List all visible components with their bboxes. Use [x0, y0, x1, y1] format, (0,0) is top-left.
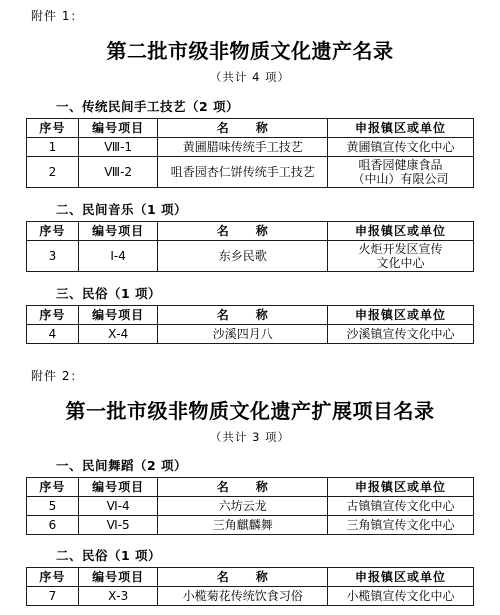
column-header: 编号项目 — [78, 568, 158, 587]
table-cell: 黄圃镇宣传文化中心 — [328, 138, 474, 157]
column-header: 编号项目 — [78, 478, 158, 497]
table-head: 序号编号项目名 称申报镇区或单位 — [27, 306, 474, 325]
table-cell: 火炬开发区宣传 文化中心 — [328, 241, 474, 272]
attachment-1-subtitle: （共计 4 项） — [26, 70, 474, 85]
column-header: 序号 — [27, 478, 79, 497]
attachment-1-label: 附件 1： — [31, 8, 474, 24]
table-body: 7Ⅹ-3小榄菊花传统饮食习俗小榄镇宣传文化中心 — [27, 587, 474, 606]
heritage-table: 序号编号项目名 称申报镇区或单位1Ⅷ-1黄圃腊味传统手工技艺黄圃镇宣传文化中心2… — [26, 118, 474, 188]
table-cell: 小榄菊花传统饮食习俗 — [158, 587, 328, 606]
attachment-2-label: 附件 2： — [31, 368, 474, 384]
column-header: 编号项目 — [78, 306, 158, 325]
table-cell: 3 — [27, 241, 79, 272]
column-header: 序号 — [27, 119, 79, 138]
column-header: 申报镇区或单位 — [328, 119, 474, 138]
section-heading: 一、传统民间手工技艺（2 项） — [56, 99, 474, 115]
column-header: 申报镇区或单位 — [328, 478, 474, 497]
table-cell: Ⅹ-4 — [78, 325, 158, 344]
table-cell: 7 — [27, 587, 79, 606]
column-header: 序号 — [27, 568, 79, 587]
attachment-2: 附件 2： 第一批市级非物质文化遗产扩展项目名录 （共计 3 项） 一、民间舞蹈… — [26, 368, 474, 606]
table-row: 4Ⅹ-4沙溪四月八沙溪镇宣传文化中心 — [27, 325, 474, 344]
table-cell: Ⅷ-2 — [78, 157, 158, 188]
column-header: 序号 — [27, 222, 79, 241]
heritage-section: 一、传统民间手工技艺（2 项）序号编号项目名 称申报镇区或单位1Ⅷ-1黄圃腊味传… — [26, 99, 474, 188]
column-header: 名 称 — [158, 119, 328, 138]
table-cell: Ⅰ-4 — [78, 241, 158, 272]
table-body: 3Ⅰ-4东乡民歌火炬开发区宣传 文化中心 — [27, 241, 474, 272]
table-body: 1Ⅷ-1黄圃腊味传统手工技艺黄圃镇宣传文化中心2Ⅷ-2咀香园杏仁饼传统手工技艺咀… — [27, 138, 474, 188]
header-row: 序号编号项目名 称申报镇区或单位 — [27, 306, 474, 325]
section-heading: 二、民间音乐（1 项） — [56, 202, 474, 218]
heritage-section: 三、民俗（1 项）序号编号项目名 称申报镇区或单位4Ⅹ-4沙溪四月八沙溪镇宣传文… — [26, 286, 474, 344]
header-row: 序号编号项目名 称申报镇区或单位 — [27, 222, 474, 241]
column-header: 编号项目 — [78, 222, 158, 241]
table-cell: Ⅵ-5 — [78, 516, 158, 535]
table-row: 7Ⅹ-3小榄菊花传统饮食习俗小榄镇宣传文化中心 — [27, 587, 474, 606]
table-cell: Ⅵ-4 — [78, 497, 158, 516]
table-row: 1Ⅷ-1黄圃腊味传统手工技艺黄圃镇宣传文化中心 — [27, 138, 474, 157]
table-cell: Ⅹ-3 — [78, 587, 158, 606]
table-cell: 沙溪镇宣传文化中心 — [328, 325, 474, 344]
section-heading: 二、民俗（1 项） — [56, 548, 474, 564]
table-cell: 咀香园健康食品 （中山）有限公司 — [328, 157, 474, 188]
column-header: 申报镇区或单位 — [328, 568, 474, 587]
table-row: 6Ⅵ-5三角麒麟舞三角镇宣传文化中心 — [27, 516, 474, 535]
table-head: 序号编号项目名 称申报镇区或单位 — [27, 119, 474, 138]
table-row: 5Ⅵ-4六坊云龙古镇镇宣传文化中心 — [27, 497, 474, 516]
table-cell: 5 — [27, 497, 79, 516]
attachment-2-subtitle: （共计 3 项） — [26, 430, 474, 445]
header-row: 序号编号项目名 称申报镇区或单位 — [27, 568, 474, 587]
column-header: 申报镇区或单位 — [328, 222, 474, 241]
table-cell: 咀香园杏仁饼传统手工技艺 — [158, 157, 328, 188]
table-cell: 三角麒麟舞 — [158, 516, 328, 535]
heritage-table: 序号编号项目名 称申报镇区或单位4Ⅹ-4沙溪四月八沙溪镇宣传文化中心 — [26, 305, 474, 344]
table-cell: Ⅷ-1 — [78, 138, 158, 157]
table-cell: 沙溪四月八 — [158, 325, 328, 344]
attachment-1-sections: 一、传统民间手工技艺（2 项）序号编号项目名 称申报镇区或单位1Ⅷ-1黄圃腊味传… — [26, 99, 474, 344]
column-header: 名 称 — [158, 222, 328, 241]
column-header: 名 称 — [158, 478, 328, 497]
heritage-section: 一、民间舞蹈（2 项）序号编号项目名 称申报镇区或单位5Ⅵ-4六坊云龙古镇镇宣传… — [26, 458, 474, 535]
heritage-table: 序号编号项目名 称申报镇区或单位7Ⅹ-3小榄菊花传统饮食习俗小榄镇宣传文化中心 — [26, 567, 474, 606]
table-cell: 三角镇宣传文化中心 — [328, 516, 474, 535]
section-heading: 三、民俗（1 项） — [56, 286, 474, 302]
column-header: 名 称 — [158, 568, 328, 587]
attachment-2-title: 第一批市级非物质文化遗产扩展项目名录 — [26, 399, 474, 423]
column-header: 序号 — [27, 306, 79, 325]
table-row: 3Ⅰ-4东乡民歌火炬开发区宣传 文化中心 — [27, 241, 474, 272]
table-cell: 6 — [27, 516, 79, 535]
table-row: 2Ⅷ-2咀香园杏仁饼传统手工技艺咀香园健康食品 （中山）有限公司 — [27, 157, 474, 188]
table-cell: 东乡民歌 — [158, 241, 328, 272]
table-cell: 小榄镇宣传文化中心 — [328, 587, 474, 606]
table-body: 4Ⅹ-4沙溪四月八沙溪镇宣传文化中心 — [27, 325, 474, 344]
table-head: 序号编号项目名 称申报镇区或单位 — [27, 478, 474, 497]
header-row: 序号编号项目名 称申报镇区或单位 — [27, 119, 474, 138]
attachment-2-sections: 一、民间舞蹈（2 项）序号编号项目名 称申报镇区或单位5Ⅵ-4六坊云龙古镇镇宣传… — [26, 458, 474, 606]
table-cell: 古镇镇宣传文化中心 — [328, 497, 474, 516]
column-header: 申报镇区或单位 — [328, 306, 474, 325]
table-cell: 黄圃腊味传统手工技艺 — [158, 138, 328, 157]
table-body: 5Ⅵ-4六坊云龙古镇镇宣传文化中心6Ⅵ-5三角麒麟舞三角镇宣传文化中心 — [27, 497, 474, 535]
table-cell: 4 — [27, 325, 79, 344]
table-cell: 1 — [27, 138, 79, 157]
table-cell: 2 — [27, 157, 79, 188]
table-head: 序号编号项目名 称申报镇区或单位 — [27, 222, 474, 241]
document-page: 附件 1： 第二批市级非物质文化遗产名录 （共计 4 项） 一、传统民间手工技艺… — [0, 0, 500, 615]
table-cell: 六坊云龙 — [158, 497, 328, 516]
section-heading: 一、民间舞蹈（2 项） — [56, 458, 474, 474]
heritage-table: 序号编号项目名 称申报镇区或单位3Ⅰ-4东乡民歌火炬开发区宣传 文化中心 — [26, 221, 474, 272]
attachment-1: 附件 1： 第二批市级非物质文化遗产名录 （共计 4 项） 一、传统民间手工技艺… — [26, 8, 474, 344]
heritage-table: 序号编号项目名 称申报镇区或单位5Ⅵ-4六坊云龙古镇镇宣传文化中心6Ⅵ-5三角麒… — [26, 477, 474, 535]
header-row: 序号编号项目名 称申报镇区或单位 — [27, 478, 474, 497]
attachment-1-title: 第二批市级非物质文化遗产名录 — [26, 39, 474, 63]
column-header: 名 称 — [158, 306, 328, 325]
heritage-section: 二、民俗（1 项）序号编号项目名 称申报镇区或单位7Ⅹ-3小榄菊花传统饮食习俗小… — [26, 548, 474, 606]
column-header: 编号项目 — [78, 119, 158, 138]
heritage-section: 二、民间音乐（1 项）序号编号项目名 称申报镇区或单位3Ⅰ-4东乡民歌火炬开发区… — [26, 202, 474, 272]
table-head: 序号编号项目名 称申报镇区或单位 — [27, 568, 474, 587]
